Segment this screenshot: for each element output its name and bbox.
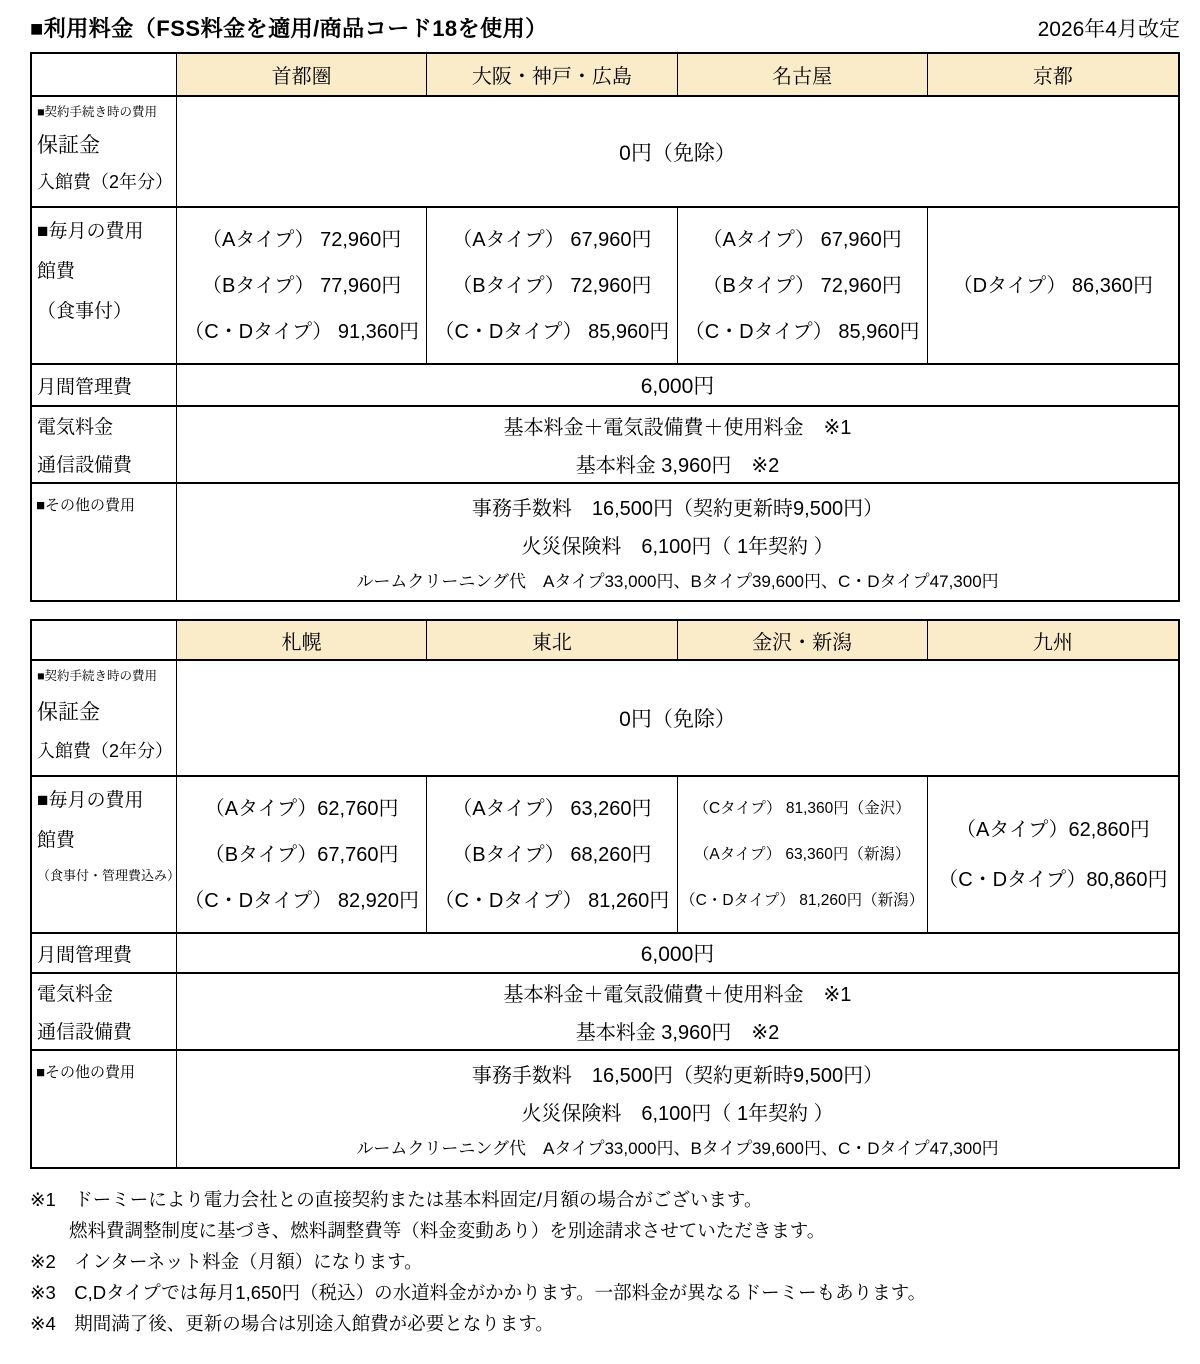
region-header-kyushu: 九州 xyxy=(928,621,1178,661)
network-value: 基本料金 3,960円 ※2 xyxy=(576,449,780,478)
deposit-label: 保証金 xyxy=(37,129,172,159)
monthly-mgmt-label: 月間管理費 xyxy=(32,365,177,407)
contract-section-label: ■契約手続き時の費用 xyxy=(37,666,172,684)
network-label: 通信設備費 xyxy=(37,450,176,477)
region-header-sapporo: 札幌 xyxy=(177,621,427,661)
region-header-kyoto: 京都 xyxy=(928,54,1178,97)
fee-cell-osaka: （Aタイプ） 67,960円 （Bタイプ） 72,960円 （C・Dタイプ） 8… xyxy=(427,208,677,365)
monthly-mgmt-value: 6,000円 xyxy=(177,365,1178,407)
monthly-fees-label-cell: ■毎月の費用 館費 （食事付） xyxy=(32,208,177,365)
fee-line: （Aタイプ） 72,960円 xyxy=(202,217,401,263)
region-header-tohoku: 東北 xyxy=(427,621,677,661)
fire-insurance-line: 火災保険料 6,100円（ 1年契約 ） xyxy=(521,1097,833,1126)
monthly-mgmt-value: 6,000円 xyxy=(177,934,1178,974)
building-fee-note: （食事付・管理費込み） xyxy=(37,865,172,884)
fee-line: （Bタイプ） 72,960円 xyxy=(702,263,901,309)
other-section-label: ■その他の費用 xyxy=(32,1051,177,1167)
electric-label: 電気料金 xyxy=(37,979,176,1006)
fee-line: （Bタイプ） 68,260円 xyxy=(452,832,651,878)
page-title: ■利用料金（FSS料金を適用/商品コード18を使用） xyxy=(30,12,548,43)
electric-label-cell: 電気料金 通信設備費 xyxy=(32,974,177,1051)
deposit-value: 0円（免除） xyxy=(177,97,1178,208)
footnotes: ※1 ドーミーにより電力会社との直接契約または基本料固定/月額の場合がございます… xyxy=(30,1184,1178,1339)
monthly-fees-label-cell: ■毎月の費用 館費 （食事付・管理費込み） xyxy=(32,777,177,934)
region-header-shutoken: 首都圏 xyxy=(177,54,427,97)
monthly-section-label: ■毎月の費用 xyxy=(37,785,172,812)
electric-value-cell: 基本料金＋電気設備費＋使用料金 ※1 基本料金 3,960円 ※2 xyxy=(177,974,1178,1051)
monthly-section-label: ■毎月の費用 xyxy=(37,216,172,243)
contract-section-label: ■契約手続き時の費用 xyxy=(37,102,172,120)
monthly-mgmt-label: 月間管理費 xyxy=(32,934,177,974)
building-fee-note: （食事付） xyxy=(37,296,172,323)
fee-line: （C・Dタイプ）80,860円 xyxy=(938,855,1167,905)
fee-line: （Bタイプ） 72,960円 xyxy=(452,263,651,309)
contract-fees-label-cell: ■契約手続き時の費用 保証金 入館費（2年分） xyxy=(32,661,177,777)
other-section-label: ■その他の費用 xyxy=(32,484,177,600)
fee-cell-kyushu: （Aタイプ）62,860円 （C・Dタイプ）80,860円 xyxy=(928,777,1178,934)
network-label: 通信設備費 xyxy=(37,1017,176,1044)
entry-fee-label: 入館費（2年分） xyxy=(37,168,172,194)
fee-cell-shutoken: （Aタイプ） 72,960円 （Bタイプ） 77,960円 （C・Dタイプ） 9… xyxy=(177,208,427,365)
fire-insurance-line: 火災保険料 6,100円（ 1年契約 ） xyxy=(521,530,833,559)
electric-value: 基本料金＋電気設備費＋使用料金 ※1 xyxy=(504,978,852,1007)
fee-line: （C・Dタイプ） 81,260円（新潟） xyxy=(680,878,924,924)
fee-cell-kanazawa-niigata: （Cタイプ） 81,360円（金沢） （Aタイプ） 63,360円（新潟） （C… xyxy=(678,777,928,934)
electric-label-cell: 電気料金 通信設備費 xyxy=(32,407,177,484)
fee-cell-nagoya: （Aタイプ） 67,960円 （Bタイプ） 72,960円 （C・Dタイプ） 8… xyxy=(678,208,928,365)
fee-line: （Dタイプ） 86,360円 xyxy=(953,263,1153,309)
fee-cell-kyoto: （Dタイプ） 86,360円 xyxy=(928,208,1178,365)
fee-line: （C・Dタイプ） 85,960円 xyxy=(685,309,920,355)
table1-corner-cell xyxy=(32,54,177,97)
footnote-4: ※4 期間満了後、更新の場合は別途入館費が必要となります。 xyxy=(30,1308,1178,1339)
fee-line: （Bタイプ）67,760円 xyxy=(205,832,399,878)
deposit-label: 保証金 xyxy=(37,696,172,726)
fee-line: （Bタイプ） 77,960円 xyxy=(202,263,401,309)
fee-line: （C・Dタイプ） 85,960円 xyxy=(434,309,669,355)
footnote-3: ※3 C,Dタイプでは毎月1,650円（税込）の水道料金がかかります。一部料金が… xyxy=(30,1277,1178,1308)
fee-line: （Aタイプ） 67,960円 xyxy=(452,217,651,263)
fee-table-regional: 札幌 東北 金沢・新潟 九州 ■契約手続き時の費用 保証金 入館費（2年分） 0… xyxy=(30,619,1180,1169)
revision-date: 2026年4月改定 xyxy=(1038,13,1180,43)
table-gap xyxy=(30,602,1178,619)
footnote-2: ※2 インターネット料金（月額）になります。 xyxy=(30,1246,1178,1277)
fee-line: （Cタイプ） 81,360円（金沢） xyxy=(693,786,910,832)
room-cleaning-line: ルームクリーニング代 Aタイプ33,000円、Bタイプ39,600円、C・Dタイ… xyxy=(356,1134,998,1159)
fee-line: （C・Dタイプ） 82,920円 xyxy=(184,878,419,924)
fee-cell-sapporo: （Aタイプ）62,760円 （Bタイプ）67,760円 （C・Dタイプ） 82,… xyxy=(177,777,427,934)
fee-line: （Aタイプ）62,760円 xyxy=(205,786,399,832)
fee-line: （C・Dタイプ） 91,360円 xyxy=(184,309,419,355)
fee-line: （Aタイプ）62,860円 xyxy=(956,805,1150,855)
footnote-1-continued: 燃料費調整制度に基づき、燃料調整費等（料金変動あり）を別途請求させていただきます… xyxy=(30,1215,1178,1246)
other-fees-cell: 事務手数料 16,500円（契約更新時9,500円） 火災保険料 6,100円（… xyxy=(177,1051,1178,1167)
table2-corner-cell xyxy=(32,621,177,661)
building-fee-label: 館費 xyxy=(37,825,172,852)
other-fees-cell: 事務手数料 16,500円（契約更新時9,500円） 火災保険料 6,100円（… xyxy=(177,484,1178,600)
electric-value-cell: 基本料金＋電気設備費＋使用料金 ※1 基本料金 3,960円 ※2 xyxy=(177,407,1178,484)
electric-label: 電気料金 xyxy=(37,412,176,439)
region-header-nagoya: 名古屋 xyxy=(678,54,928,97)
fee-line: （Aタイプ） 63,260円 xyxy=(452,786,651,832)
network-value: 基本料金 3,960円 ※2 xyxy=(576,1016,780,1045)
region-header-osaka: 大阪・神戸・広島 xyxy=(427,54,677,97)
electric-value: 基本料金＋電気設備費＋使用料金 ※1 xyxy=(504,411,852,440)
fee-line: （Aタイプ） 67,960円 xyxy=(702,217,901,263)
deposit-value: 0円（免除） xyxy=(177,661,1178,777)
fee-cell-tohoku: （Aタイプ） 63,260円 （Bタイプ） 68,260円 （C・Dタイプ） 8… xyxy=(427,777,677,934)
title-row: ■利用料金（FSS料金を適用/商品コード18を使用） 2026年4月改定 xyxy=(30,12,1180,43)
region-header-kanazawa-niigata: 金沢・新潟 xyxy=(678,621,928,661)
fee-table-metro: 首都圏 大阪・神戸・広島 名古屋 京都 ■契約手続き時の費用 保証金 入館費（2… xyxy=(30,52,1180,602)
fee-line: （C・Dタイプ） 81,260円 xyxy=(434,878,669,924)
fee-sheet-page: ■利用料金（FSS料金を適用/商品コード18を使用） 2026年4月改定 首都圏… xyxy=(0,0,1200,1364)
fee-line: （Aタイプ） 63,360円（新潟） xyxy=(694,832,910,878)
contract-fees-label-cell: ■契約手続き時の費用 保証金 入館費（2年分） xyxy=(32,97,177,208)
building-fee-label: 館費 xyxy=(37,256,172,283)
entry-fee-label: 入館費（2年分） xyxy=(37,737,172,763)
footnote-1: ※1 ドーミーにより電力会社との直接契約または基本料固定/月額の場合がございます… xyxy=(30,1184,1178,1215)
admin-fee-line: 事務手数料 16,500円（契約更新時9,500円） xyxy=(472,1059,883,1088)
room-cleaning-line: ルームクリーニング代 Aタイプ33,000円、Bタイプ39,600円、C・Dタイ… xyxy=(356,567,998,592)
admin-fee-line: 事務手数料 16,500円（契約更新時9,500円） xyxy=(472,492,883,521)
